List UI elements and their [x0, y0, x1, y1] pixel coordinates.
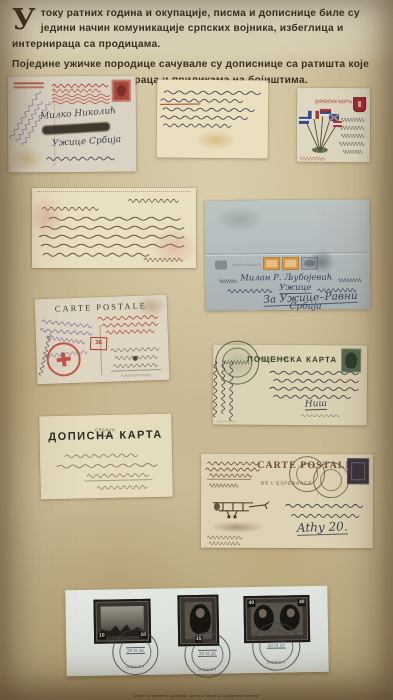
destination-town: Ужице Србија	[52, 135, 122, 149]
printed-crest	[215, 261, 227, 270]
handwriting-line	[113, 361, 159, 369]
red-crest	[353, 97, 366, 112]
red-cross-stamp-icon	[44, 340, 82, 378]
address-line	[285, 502, 365, 508]
ink-dot	[133, 356, 138, 361]
address-underline	[84, 479, 152, 481]
handwriting-line	[163, 89, 263, 96]
handwriting-line	[341, 116, 365, 122]
postage-stamp-red	[112, 80, 131, 102]
wavy-cancel-lines	[52, 93, 110, 105]
smudge	[215, 206, 265, 232]
handwriting-line	[339, 124, 365, 130]
handwriting-line	[110, 345, 160, 353]
handwriting-line	[339, 140, 365, 146]
handwriting-line	[38, 233, 188, 239]
handwriting-line	[301, 413, 341, 417]
printed-red-footer	[300, 155, 326, 161]
ink-blot	[42, 122, 110, 135]
printed-header-line	[38, 191, 190, 192]
faded-handwriting-line	[56, 461, 160, 469]
faded-handwriting-line	[97, 483, 149, 490]
red-handwriting-line	[106, 327, 156, 335]
message-card	[32, 188, 196, 268]
handwriting-line	[46, 155, 116, 161]
paper-stain	[10, 146, 44, 170]
faded-handwriting-line	[86, 471, 150, 478]
date-line	[128, 197, 180, 203]
esperance-card: CARTE POSTALE DE L'ESPÉRANCE Athy 20.	[201, 454, 373, 549]
italian-postcard: Милко Николић Ужице Србија	[8, 76, 137, 173]
destination-line: Athy 20.	[297, 519, 348, 536]
handwriting-line	[338, 276, 362, 282]
postmark-doboj: 28 VI 18 DOBOJ	[184, 631, 231, 678]
serbian-military-card: СРБИЈА војничка ДОПИСНА КАРТА	[39, 414, 173, 500]
fold-crease	[205, 252, 370, 254]
handwriting-line	[341, 132, 365, 138]
card-title: ПОЩЕНСКА КАРТА	[247, 355, 337, 365]
envelope: 10 10 15 40 40 28 VI 18 DOBOJ 28 VI	[65, 586, 328, 677]
handwriting-line	[160, 114, 250, 121]
caption: Марке из времена окупације, жигом је вез…	[0, 685, 393, 700]
handwriting-line	[227, 287, 273, 293]
red-cross-card: CARTE POSTALE 36	[35, 295, 170, 385]
allied-flags-illustration	[297, 108, 343, 154]
addressee-name: Милан Р. Љубојевић	[240, 273, 332, 284]
postmark-doboj: 28 VI 18 DOBOJ	[252, 622, 301, 671]
printed-footer-line	[217, 419, 237, 422]
handwriting-line	[40, 224, 188, 230]
handwriting-line	[219, 277, 237, 283]
handwriting-line	[343, 148, 363, 154]
handwriting-line	[121, 372, 151, 377]
postmark	[313, 462, 349, 498]
signature-line	[144, 256, 184, 262]
addressee-name: Милко Николић	[40, 106, 117, 122]
note-line	[209, 540, 241, 546]
country-name: Србија	[289, 302, 321, 312]
handwriting-line	[269, 385, 361, 392]
flags-postcard: ДОПИСНА КАРТА	[297, 88, 370, 162]
printed-subline	[315, 98, 351, 102]
handwriting-line	[42, 251, 152, 257]
handwriting-line	[163, 122, 233, 129]
handwriting-line	[162, 106, 257, 113]
biplane-illustration	[207, 498, 271, 520]
handwriting-line	[40, 242, 188, 248]
postage-stamp-dark	[347, 458, 369, 484]
destination-town: Ниш	[305, 399, 327, 411]
handwriting-line	[42, 205, 100, 211]
intro-paragraph-1: току ратних година и окупације, писма и …	[12, 8, 360, 50]
sender-line	[209, 472, 253, 478]
censor-number-box: 36	[90, 337, 107, 351]
handwriting-line	[269, 369, 361, 376]
printed-title-faint	[232, 262, 262, 266]
sideways-handwriting-column	[211, 360, 237, 422]
sender-underline	[207, 479, 251, 480]
handwriting-line	[48, 215, 184, 221]
card-title: CARTE POSTALE	[35, 300, 167, 315]
drop-cap: У	[12, 6, 41, 32]
address-underline	[111, 369, 161, 372]
letter-card: Милан Р. Љубојевић Ужице За Ужице–Равни …	[205, 199, 371, 310]
bulgarian-postcard: БЪЛГАРИЯ ПОЩЕНСКА КАРТА Ниш	[213, 344, 368, 425]
postmark-doboj: 28 VI 18 DOBOJ	[112, 629, 159, 676]
address-line	[291, 512, 361, 518]
postage-stamp-gray	[301, 257, 318, 270]
red-underline	[160, 102, 200, 105]
sender-line	[209, 482, 239, 488]
exhibit-panel-photo: Утоку ратних година и окупације, писма и…	[0, 0, 393, 700]
handwritten-note	[157, 80, 269, 159]
postage-stamp-orange	[282, 257, 299, 270]
faded-handwriting-line	[64, 451, 140, 459]
paper-stain	[195, 130, 237, 150]
smudged-illustration	[209, 522, 265, 533]
handwriting-line	[273, 377, 361, 384]
postage-stamp-orange	[263, 257, 280, 270]
